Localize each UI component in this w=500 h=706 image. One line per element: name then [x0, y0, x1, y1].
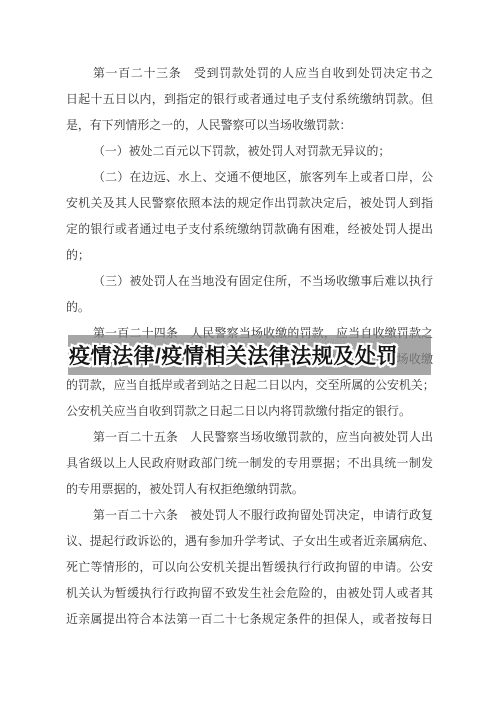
document-line: （二）在边远、水上、交通不便地区，旅客列车上或者口岸，公 — [66, 164, 433, 190]
document-page: 第一百二十三条 受到罚款处罚的人应当自收到处罚决定书之日起十五日以内，到指定的银… — [0, 0, 500, 706]
document-line: 的； — [66, 242, 433, 268]
document-line: 具省级以上人民政府财政部门统一制发的专用票据；不出具统一制发 — [66, 450, 433, 476]
document-line: 机关认为暂缓执行行政拘留不致发生社会危险的，由被处罚人或者其 — [66, 580, 433, 606]
document-line: 的专用票据的，被处罚人有权拒绝缴纳罚款。 — [66, 476, 433, 502]
document-line: 是，有下列情形之一的，人民警察可以当场收缴罚款： — [66, 112, 433, 138]
document-line: 第一百二十五条 人民警察当场收缴罚款的，应当向被处罚人出 — [66, 424, 433, 450]
document-line: 的。 — [66, 294, 433, 320]
document-line: 第一百二十三条 受到罚款处罚的人应当自收到处罚决定书之 — [66, 60, 433, 86]
document-line: （一）被处二百元以下罚款，被处罚人对罚款无异议的； — [66, 138, 433, 164]
watermark-title: 疫情法律/疫情相关法律法规及处罚 — [68, 335, 499, 375]
document-line: 议、提起行政诉讼的，遇有参加升学考试、子女出生或者近亲属病危、 — [66, 528, 433, 554]
document-line: 第一百二十六条 被处罚人不服行政拘留处罚决定，申请行政复 — [66, 502, 433, 528]
document-line: 死亡等情形的，可以向公安机关提出暂缓执行行政拘留的申请。公安 — [66, 554, 433, 580]
document-line: （三）被处罚人在当地没有固定住所，不当场收缴事后难以执行 — [66, 268, 433, 294]
document-line: 定的银行或者通过电子支付系统缴纳罚款确有困难，经被处罚人提出 — [66, 216, 433, 242]
document-line: 近亲属提出符合本法第一百二十七条规定条件的担保人，或者按每日 — [66, 606, 433, 632]
document-line: 公安机关应当自收到罚款之日起二日以内将罚款缴付指定的银行。 — [66, 398, 433, 424]
document-line: 安机关及其人民警察依照本法的规定作出罚款决定后，被处罚人到指 — [66, 190, 433, 216]
document-line: 日起十五日以内，到指定的银行或者通过电子支付系统缴纳罚款。但 — [66, 86, 433, 112]
document-line: 的罚款，应当自抵岸或者到站之日起二日以内，交至所属的公安机关； — [66, 372, 433, 398]
